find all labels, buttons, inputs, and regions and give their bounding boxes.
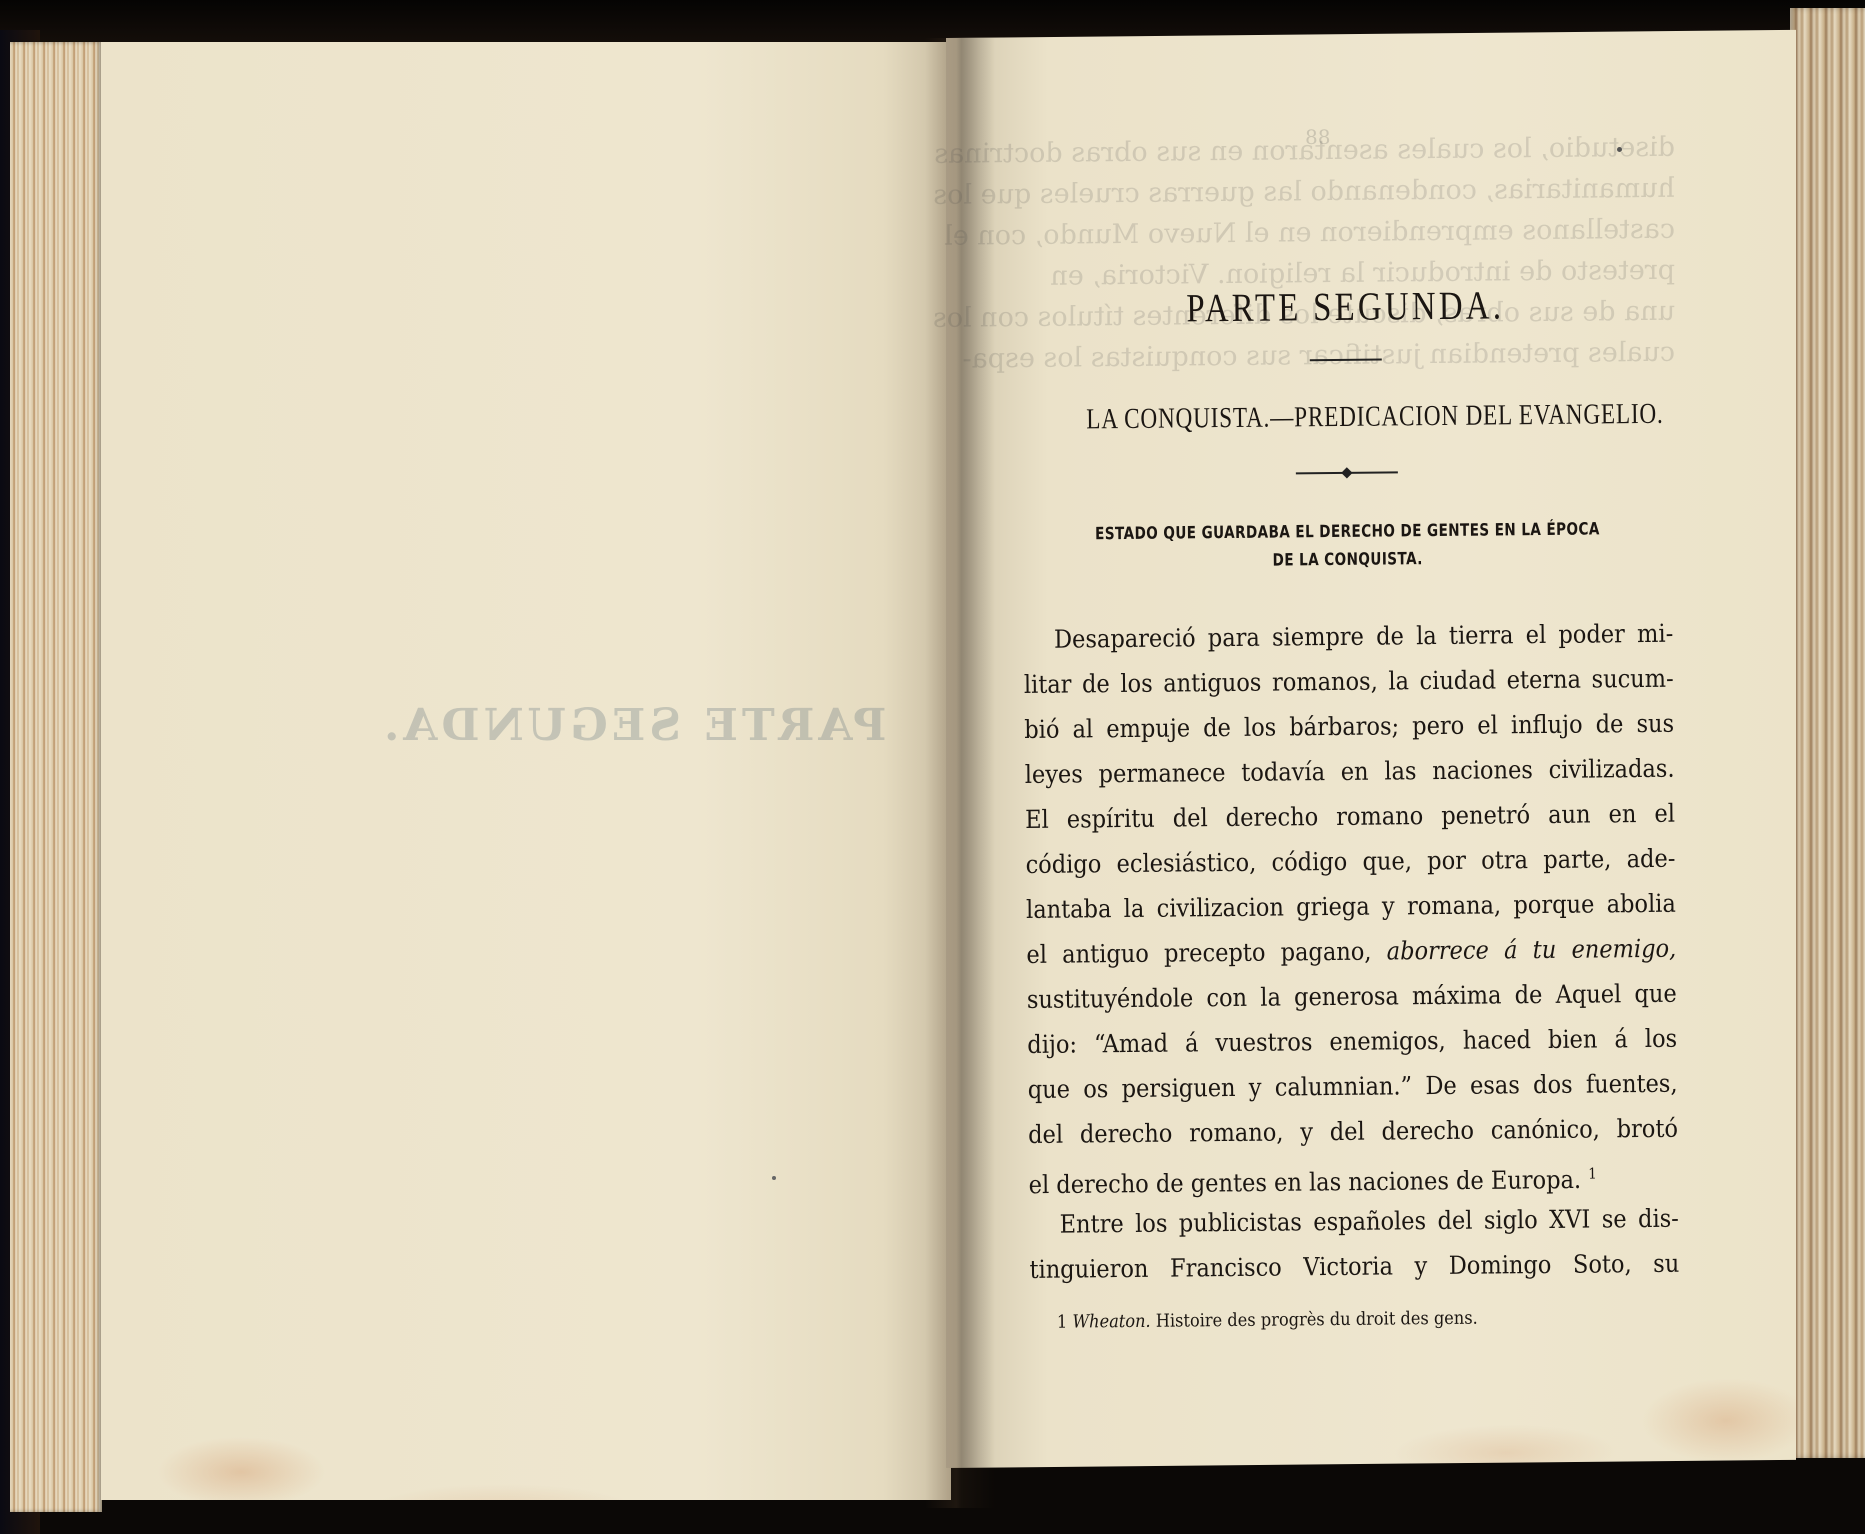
body-line: tinguieron Francisco Victoria y Domingo … <box>1029 1241 1679 1292</box>
footnote-reference: 1 <box>1588 1165 1597 1183</box>
body-line: dijo: “Amad á vuestros enemigos, haced b… <box>1027 1016 1677 1067</box>
ornamental-rule <box>1296 471 1398 474</box>
body-line: litar de los antiguos romanos, la ciudad… <box>1024 656 1674 707</box>
footnote-author: Wheaton. <box>1072 1311 1150 1333</box>
subtitle: ESTADO QUE GUARDABA EL DERECHO DE GENTES… <box>1087 515 1608 576</box>
part-title: PARTE SEGUNDA. <box>1078 274 1612 339</box>
body-line: sustituyéndole con la generosa máxima de… <box>1027 971 1677 1022</box>
bleed-line: castellanos emprendieron en el Nuevo Mun… <box>995 209 1675 257</box>
body-line: código eclesiástico, código que, por otr… <box>1025 836 1675 887</box>
body-line: Entre los publicistas españoles del sigl… <box>1029 1196 1679 1247</box>
ink-speck <box>1617 147 1622 152</box>
body-line: del derecho romano, y del derecho canóni… <box>1028 1106 1678 1157</box>
body-line: lantaba la civilizacion griega y romana,… <box>1026 881 1676 932</box>
page-edges-right <box>1790 8 1865 1458</box>
right-page-content: PARTE SEGUNDA. LA CONQUISTA.—PREDICACION… <box>1020 274 1680 1333</box>
left-page-bleed-through-title: PARTE SEGUNDA. <box>380 700 887 751</box>
left-page <box>101 42 951 1500</box>
body-line-with-footnote-ref: el derecho de gentes en las naciones de … <box>1028 1151 1678 1202</box>
body-line-text: el derecho de gentes en las naciones de … <box>1029 1165 1582 1199</box>
page-edges-left <box>10 42 102 1512</box>
body-line: que os persiguen y calumnian.” De esas d… <box>1028 1061 1678 1112</box>
subtitle-line-1: ESTADO QUE GUARDABA EL DERECHO DE GENTES… <box>1087 515 1607 548</box>
section-title: LA CONQUISTA.—PREDICACION DEL EVANGELIO. <box>1086 398 1606 436</box>
body-line: leyes permanece todavía en las naciones … <box>1025 746 1675 797</box>
body-line: bió al empuje de los bárbaros; pero el i… <box>1024 701 1674 752</box>
book-gutter <box>925 38 995 1508</box>
title-rule <box>1310 359 1382 362</box>
bleed-line: humanitarias, condenando las guerras cru… <box>995 168 1675 216</box>
body-line-text: el antiguo precepto pagano, <box>1026 937 1371 969</box>
ink-speck <box>772 1176 776 1180</box>
subtitle-line-2: DE LA CONQUISTA. <box>1088 543 1608 576</box>
italic-phrase: aborrece á tu enemigo, <box>1387 934 1677 966</box>
footnote-number: 1 <box>1057 1312 1068 1333</box>
body-line: El espíritu del derecho romano penetró a… <box>1025 791 1675 842</box>
bleed-line: disetudio, los cuales asentaron en sus o… <box>995 127 1675 175</box>
body-line: Desapareció para siempre de la tierra el… <box>1023 611 1673 662</box>
body-line-with-italic: el antiguo precepto pagano, aborrece á t… <box>1026 926 1676 977</box>
body-text: Desapareció para siempre de la tierra el… <box>1023 611 1679 1292</box>
footnote-text: Histoire des progrès du droit des gens. <box>1156 1308 1478 1332</box>
